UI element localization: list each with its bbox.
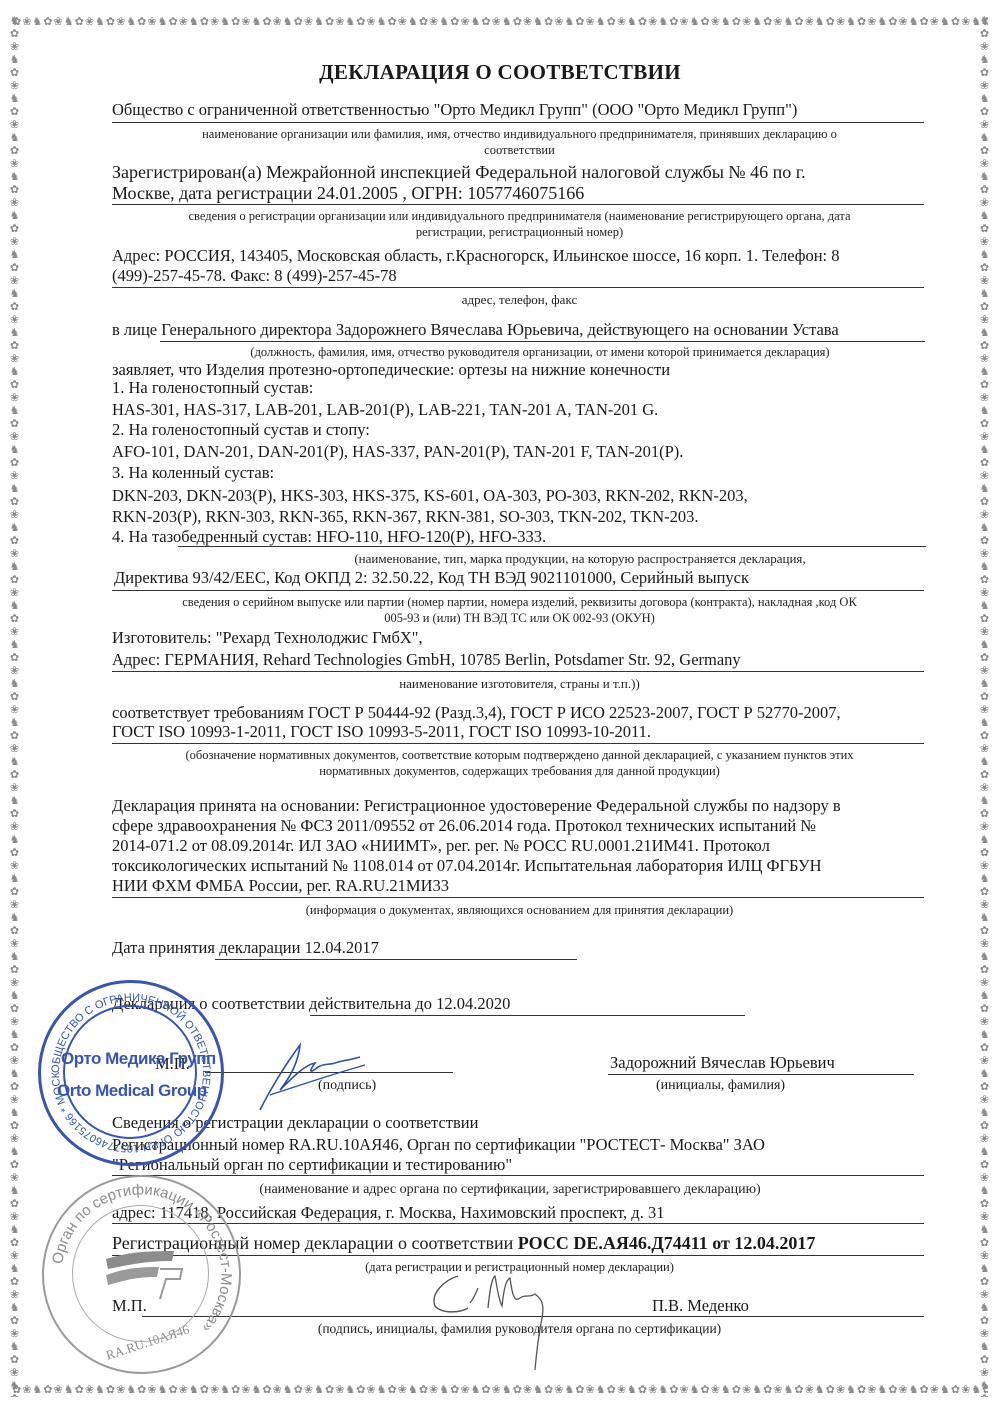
divider bbox=[112, 287, 924, 288]
product-group-models: AFO-101, DAN-201, DAN-201(P), HAS-337, P… bbox=[112, 442, 683, 462]
product-intro: заявляет, что Изделия протезно-ортопедич… bbox=[112, 360, 670, 380]
standards-line-2: ГОСТ ISO 10993-1-2011, ГОСТ ISO 10993-5-… bbox=[112, 722, 651, 742]
manufacturer: Изготовитель: "Рехард Технолоджис ГмбХ", bbox=[112, 628, 423, 648]
manufacturer-address: Адрес: ГЕРМАНИЯ, Rehard Technologies Gmb… bbox=[112, 650, 741, 670]
decorative-border-left: ♞✿❀♞✿❀♞✿❀♞✿❀♞✿❀♞✿❀♞✿❀♞✿❀♞✿❀♞✿❀♞✿❀♞✿❀♞✿❀♞… bbox=[8, 14, 22, 1397]
decorative-border-right: ♞✿❀♞✿❀♞✿❀♞✿❀♞✿❀♞✿❀♞✿❀♞✿❀♞✿❀♞✿❀♞✿❀♞✿❀♞✿❀♞… bbox=[978, 14, 992, 1397]
divider bbox=[112, 1175, 924, 1176]
registration-caption: сведения о регистрации организации или и… bbox=[112, 208, 927, 224]
head-name: П.В. Меденко bbox=[652, 1296, 749, 1316]
divider bbox=[178, 546, 926, 547]
address-line-1: Адрес: РОССИЯ, 143405, Московская област… bbox=[112, 246, 839, 266]
product-caption: (наименование, тип, марка продукции, на … bbox=[230, 551, 930, 567]
product-group-models: RKN-203(P), RKN-303, RKN-365, RKN-367, R… bbox=[112, 507, 699, 527]
basis-line: Декларация принята на основании: Регистр… bbox=[112, 796, 841, 816]
product-group-heading: 4. На тазобедренный сустав: HFO-110, HFO… bbox=[112, 527, 546, 547]
signer-caption: (инициалы, фамилия) bbox=[656, 1076, 785, 1096]
product-group-heading: 3. На коленный сустав: bbox=[112, 463, 274, 483]
signer-name: Задорожний Вячеслав Юрьевич bbox=[610, 1053, 835, 1073]
applicant-name-caption: наименование организации или фамилия, им… bbox=[112, 126, 927, 142]
accepted-date-label: Дата принятия декларации bbox=[112, 938, 305, 957]
registration-line-1: Зарегистрирован(а) Межрайонной инспекцие… bbox=[112, 162, 806, 182]
declaration-number-value: РОСС DE.АЯ46.Д74411 от 12.04.2017 bbox=[518, 1233, 816, 1253]
document-title: ДЕКЛАРАЦИЯ О СООТВЕТСТВИИ bbox=[0, 60, 1000, 85]
standards-caption: (обозначение нормативных документов, соо… bbox=[112, 747, 927, 763]
divider bbox=[160, 341, 925, 342]
applicant-name-caption-2: соответствии bbox=[112, 142, 927, 158]
product-group-heading: 2. На голеностопный сустав и стопу: bbox=[112, 420, 370, 440]
product-codes: Директива 93/42/EEC, Код ОКПД 2: 32.50.2… bbox=[114, 568, 749, 588]
standards-line-1: соответствует требованиям ГОСТ Р 50444-9… bbox=[112, 703, 841, 723]
registration-line-2: Москве, дата регистрации 24.01.2005 , ОГ… bbox=[112, 183, 584, 203]
accepted-date-line: Дата принятия декларации 12.04.2017 bbox=[112, 938, 379, 958]
decorative-border-bottom: ✿❀♞✿❀♞✿❀♞✿❀♞✿❀♞✿❀♞✿❀♞✿❀♞✿❀♞✿❀♞✿❀♞✿❀♞✿❀♞✿… bbox=[12, 1382, 988, 1398]
registration-caption-2: регистрации, регистрационный номер) bbox=[112, 224, 927, 240]
basis-line: сфере здравоохранения № ФСЗ 2011/09552 о… bbox=[112, 816, 816, 836]
standards-caption-2: нормативных документов, содержащих требо… bbox=[112, 763, 927, 779]
address-caption: адрес, телефон, факс bbox=[112, 292, 927, 308]
divider bbox=[310, 1015, 745, 1016]
product-group-models: DKN-203, DKN-203(P), HKS-303, HKS-375, K… bbox=[112, 486, 748, 506]
divider bbox=[112, 204, 924, 205]
basis-caption: (информация о документах, являющихся осн… bbox=[112, 902, 927, 918]
representative-prefix: в лице bbox=[112, 320, 161, 339]
representative-line: в лице Генерального директора Задорожнег… bbox=[112, 320, 839, 340]
divider bbox=[112, 590, 924, 591]
divider bbox=[112, 671, 924, 672]
product-group-models: HAS-301, HAS-317, LAB-201, LAB-201(P), L… bbox=[112, 400, 658, 420]
basis-line: НИИ ФХМ ФМБА России, рег. RA.RU.21МИ33 bbox=[112, 876, 449, 896]
product-codes-caption: сведения о серийном выпуске или партии (… bbox=[112, 594, 927, 610]
handwritten-signature-icon bbox=[240, 1035, 380, 1115]
divider bbox=[112, 122, 924, 123]
basis-line: токсикологических испытаний № 1108.014 о… bbox=[112, 856, 822, 876]
product-codes-caption-2: 005-93 и (или) ТН ВЭД ТС или ОК 002-93 (… bbox=[112, 610, 927, 626]
manufacturer-caption: наименование изготовителя, страны и т.п.… bbox=[112, 676, 927, 692]
registration-body-caption: (наименование и адрес органа по сертифик… bbox=[140, 1182, 880, 1198]
stamp-line-1: Орто Медика Групп bbox=[61, 1049, 216, 1069]
certification-stamp: Орган по сертификации «Ростест-Москва» R… bbox=[42, 1175, 241, 1374]
basis-line: 2014-071.2 от 08.09.2014г. ИЛ ЗАО «НИИМТ… bbox=[112, 836, 770, 856]
applicant-name: Общество с ограниченной ответственностью… bbox=[112, 100, 797, 120]
divider bbox=[215, 959, 577, 960]
representative-value: Генерального директора Задорожнего Вячес… bbox=[161, 320, 838, 339]
valid-until-value: 12.04.2020 bbox=[436, 994, 510, 1013]
product-group-heading: 1. На голеностопный сустав: bbox=[112, 378, 313, 398]
accepted-date-value: 12.04.2017 bbox=[305, 938, 379, 957]
stamp-line-2: Orto Medical Group bbox=[57, 1081, 207, 1101]
handwritten-signature-icon bbox=[420, 1258, 560, 1373]
address-line-2: (499)-257-45-78. Факс: 8 (499)-257-45-78 bbox=[112, 266, 397, 286]
divider bbox=[112, 743, 924, 744]
divider bbox=[112, 897, 924, 898]
representative-caption: (должность, фамилия, имя, отчество руков… bbox=[150, 344, 930, 360]
divider bbox=[608, 1074, 914, 1075]
rostest-logo-icon bbox=[104, 1249, 184, 1299]
decorative-border-top: ✿❀♞✿❀♞✿❀♞✿❀♞✿❀♞✿❀♞✿❀♞✿❀♞✿❀♞✿❀♞✿❀♞✿❀♞✿❀♞✿… bbox=[12, 14, 988, 30]
company-stamp: ОБЩЕСТВО С ОГРАНИЧЕННОЙ ОТВЕТСТВЕННОСТЬЮ… bbox=[38, 980, 224, 1166]
stamp-inner-circle bbox=[63, 1005, 197, 1139]
